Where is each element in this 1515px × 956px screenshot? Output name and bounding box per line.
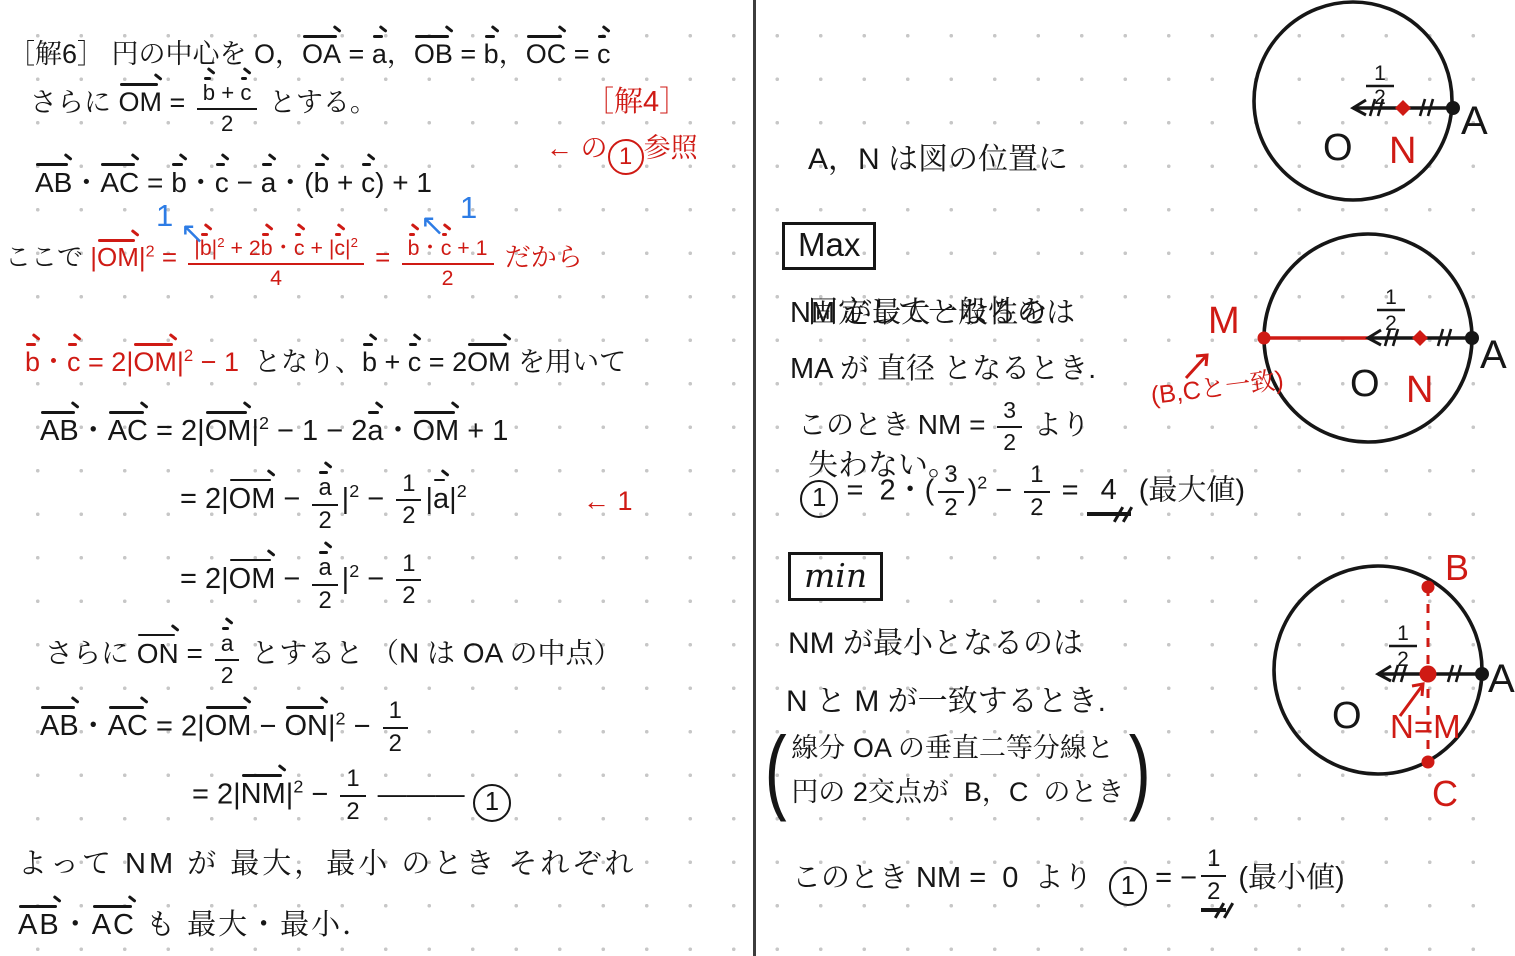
min-parenthetical-note: ( 線分 OA の垂直二等分線と 円の 2交点が B，C のとき ) bbox=[760, 726, 1156, 814]
solution-line-conclusion1: よって NM が 最大，最小 のとき それぞれ bbox=[18, 848, 636, 881]
solution-line-definitions: ［解6］ 円の中心を O，OA = a，OB = b，OC = c bbox=[8, 30, 610, 70]
half-denominator: 2 bbox=[1374, 86, 1386, 109]
figure-circle-min: 1 2 B C N=M O A bbox=[1240, 540, 1515, 832]
red-one-annotation: ← 1 bbox=[583, 486, 633, 517]
solution-line-om-squared: ここで |OM|2 = |b|2 + 2b・c + |c|24 = b・c + … bbox=[5, 228, 583, 291]
generality-note-line1: A，N は図の位置に bbox=[808, 134, 1068, 185]
solution-line-simplified: = 2|OM − a2|2 − 12 bbox=[180, 546, 425, 614]
max-line3-nm-value: このとき NM = 32 より bbox=[798, 398, 1090, 455]
max-line2: MA が 直径 となるとき. bbox=[790, 346, 1096, 387]
blue-arrow-icon-left: ↖ bbox=[180, 216, 205, 251]
solution-line-nm-equation1: = 2|NM|2 − 12 ――― 1 bbox=[192, 766, 511, 825]
half-numerator: 1 bbox=[1374, 62, 1386, 85]
blue-one-annotation-left: 1 bbox=[156, 198, 173, 234]
label-n: N bbox=[1389, 130, 1416, 172]
point-nm-marker bbox=[1420, 666, 1437, 683]
solution-line-abac-om: AB・AC = 2|OM|2 − 1 − 2a・OM + 1 bbox=[40, 406, 508, 448]
point-m-marker bbox=[1258, 332, 1271, 345]
ref-note-see-circle1: ← の1参照 bbox=[546, 133, 698, 175]
half-denominator: 2 bbox=[1385, 312, 1397, 335]
point-a-marker bbox=[1475, 667, 1489, 681]
label-a: A bbox=[1480, 333, 1507, 377]
label-n: N bbox=[1406, 369, 1433, 411]
note-bc-coincide: (B,Cと一致) bbox=[1150, 366, 1285, 410]
close-paren: ) bbox=[1129, 728, 1151, 813]
label-o: O bbox=[1350, 363, 1380, 405]
solution-line-on-definition: さらに ON = a2 とすると （N は OA の中点） bbox=[45, 622, 622, 688]
label-m: M bbox=[1208, 300, 1240, 342]
circle-outline bbox=[1254, 2, 1452, 200]
min-paren-line2: 円の 2交点が B，C のとき bbox=[791, 770, 1124, 814]
label-b: B bbox=[1445, 547, 1469, 588]
label-a: A bbox=[1488, 657, 1515, 701]
blue-arrow-icon-right: ↖ bbox=[420, 208, 445, 243]
half-numerator: 1 bbox=[1385, 286, 1397, 309]
label-nm: N=M bbox=[1390, 708, 1461, 745]
label-o: O bbox=[1332, 695, 1362, 737]
solution-line-abac-expand: AB・AC = b・c − a・(b + c) + 1 bbox=[35, 158, 432, 199]
note-canvas: ［解6］ 円の中心を O，OA = a，OB = b，OC = c さらに OM… bbox=[0, 0, 1515, 956]
point-c-marker bbox=[1422, 756, 1435, 769]
column-divider-line bbox=[753, 0, 756, 956]
min-line3-answer: このとき NM = 0 より 1 = −12 (最小値) bbox=[792, 846, 1345, 912]
point-n-marker bbox=[1412, 330, 1428, 346]
half-denominator: 2 bbox=[1397, 648, 1409, 671]
open-paren: ( bbox=[765, 728, 787, 813]
solution-line-bc-result: b・c = 2|OM|2 − 1 となり、b + c = 2OM を用いて bbox=[25, 338, 626, 378]
figure-circle-initial: 1 2 O N A bbox=[1243, 0, 1515, 215]
solution-line-conclusion2: AB・AC も 最大・最小． bbox=[18, 900, 373, 942]
blue-one-annotation-right: 1 bbox=[460, 190, 477, 226]
half-numerator: 1 bbox=[1397, 622, 1409, 645]
point-a-marker bbox=[1446, 101, 1460, 115]
point-b-marker bbox=[1422, 581, 1435, 594]
ref-note-kai4: ［解4］ bbox=[585, 86, 688, 119]
solution-line-om-definition: さらに OM = b + c2 とする。 bbox=[30, 72, 377, 137]
point-n-marker bbox=[1395, 100, 1411, 116]
label-o: O bbox=[1323, 127, 1353, 169]
min-line2: N と M が一致するとき. bbox=[786, 676, 1106, 720]
figure-circle-max: 1 2 M (B,Cと一致) O N A bbox=[1150, 228, 1515, 475]
min-section-label: min bbox=[788, 552, 883, 601]
label-c: C bbox=[1432, 773, 1458, 814]
solution-line-complete-square: = 2|OM − a2|2 − 12|a|2 bbox=[180, 466, 467, 534]
solution-line-om-minus-on: AB・AC = 2|OM − ON|2 − 12 bbox=[40, 698, 412, 757]
point-a-marker bbox=[1465, 331, 1479, 345]
max-line1: NM が最大となるのは bbox=[790, 290, 1075, 331]
label-a: A bbox=[1461, 99, 1488, 143]
min-paren-line1: 線分 OA の垂直二等分線と bbox=[791, 726, 1124, 770]
min-line1: NM が最小となるのは bbox=[788, 618, 1083, 662]
max-section-label: Max bbox=[782, 222, 876, 270]
